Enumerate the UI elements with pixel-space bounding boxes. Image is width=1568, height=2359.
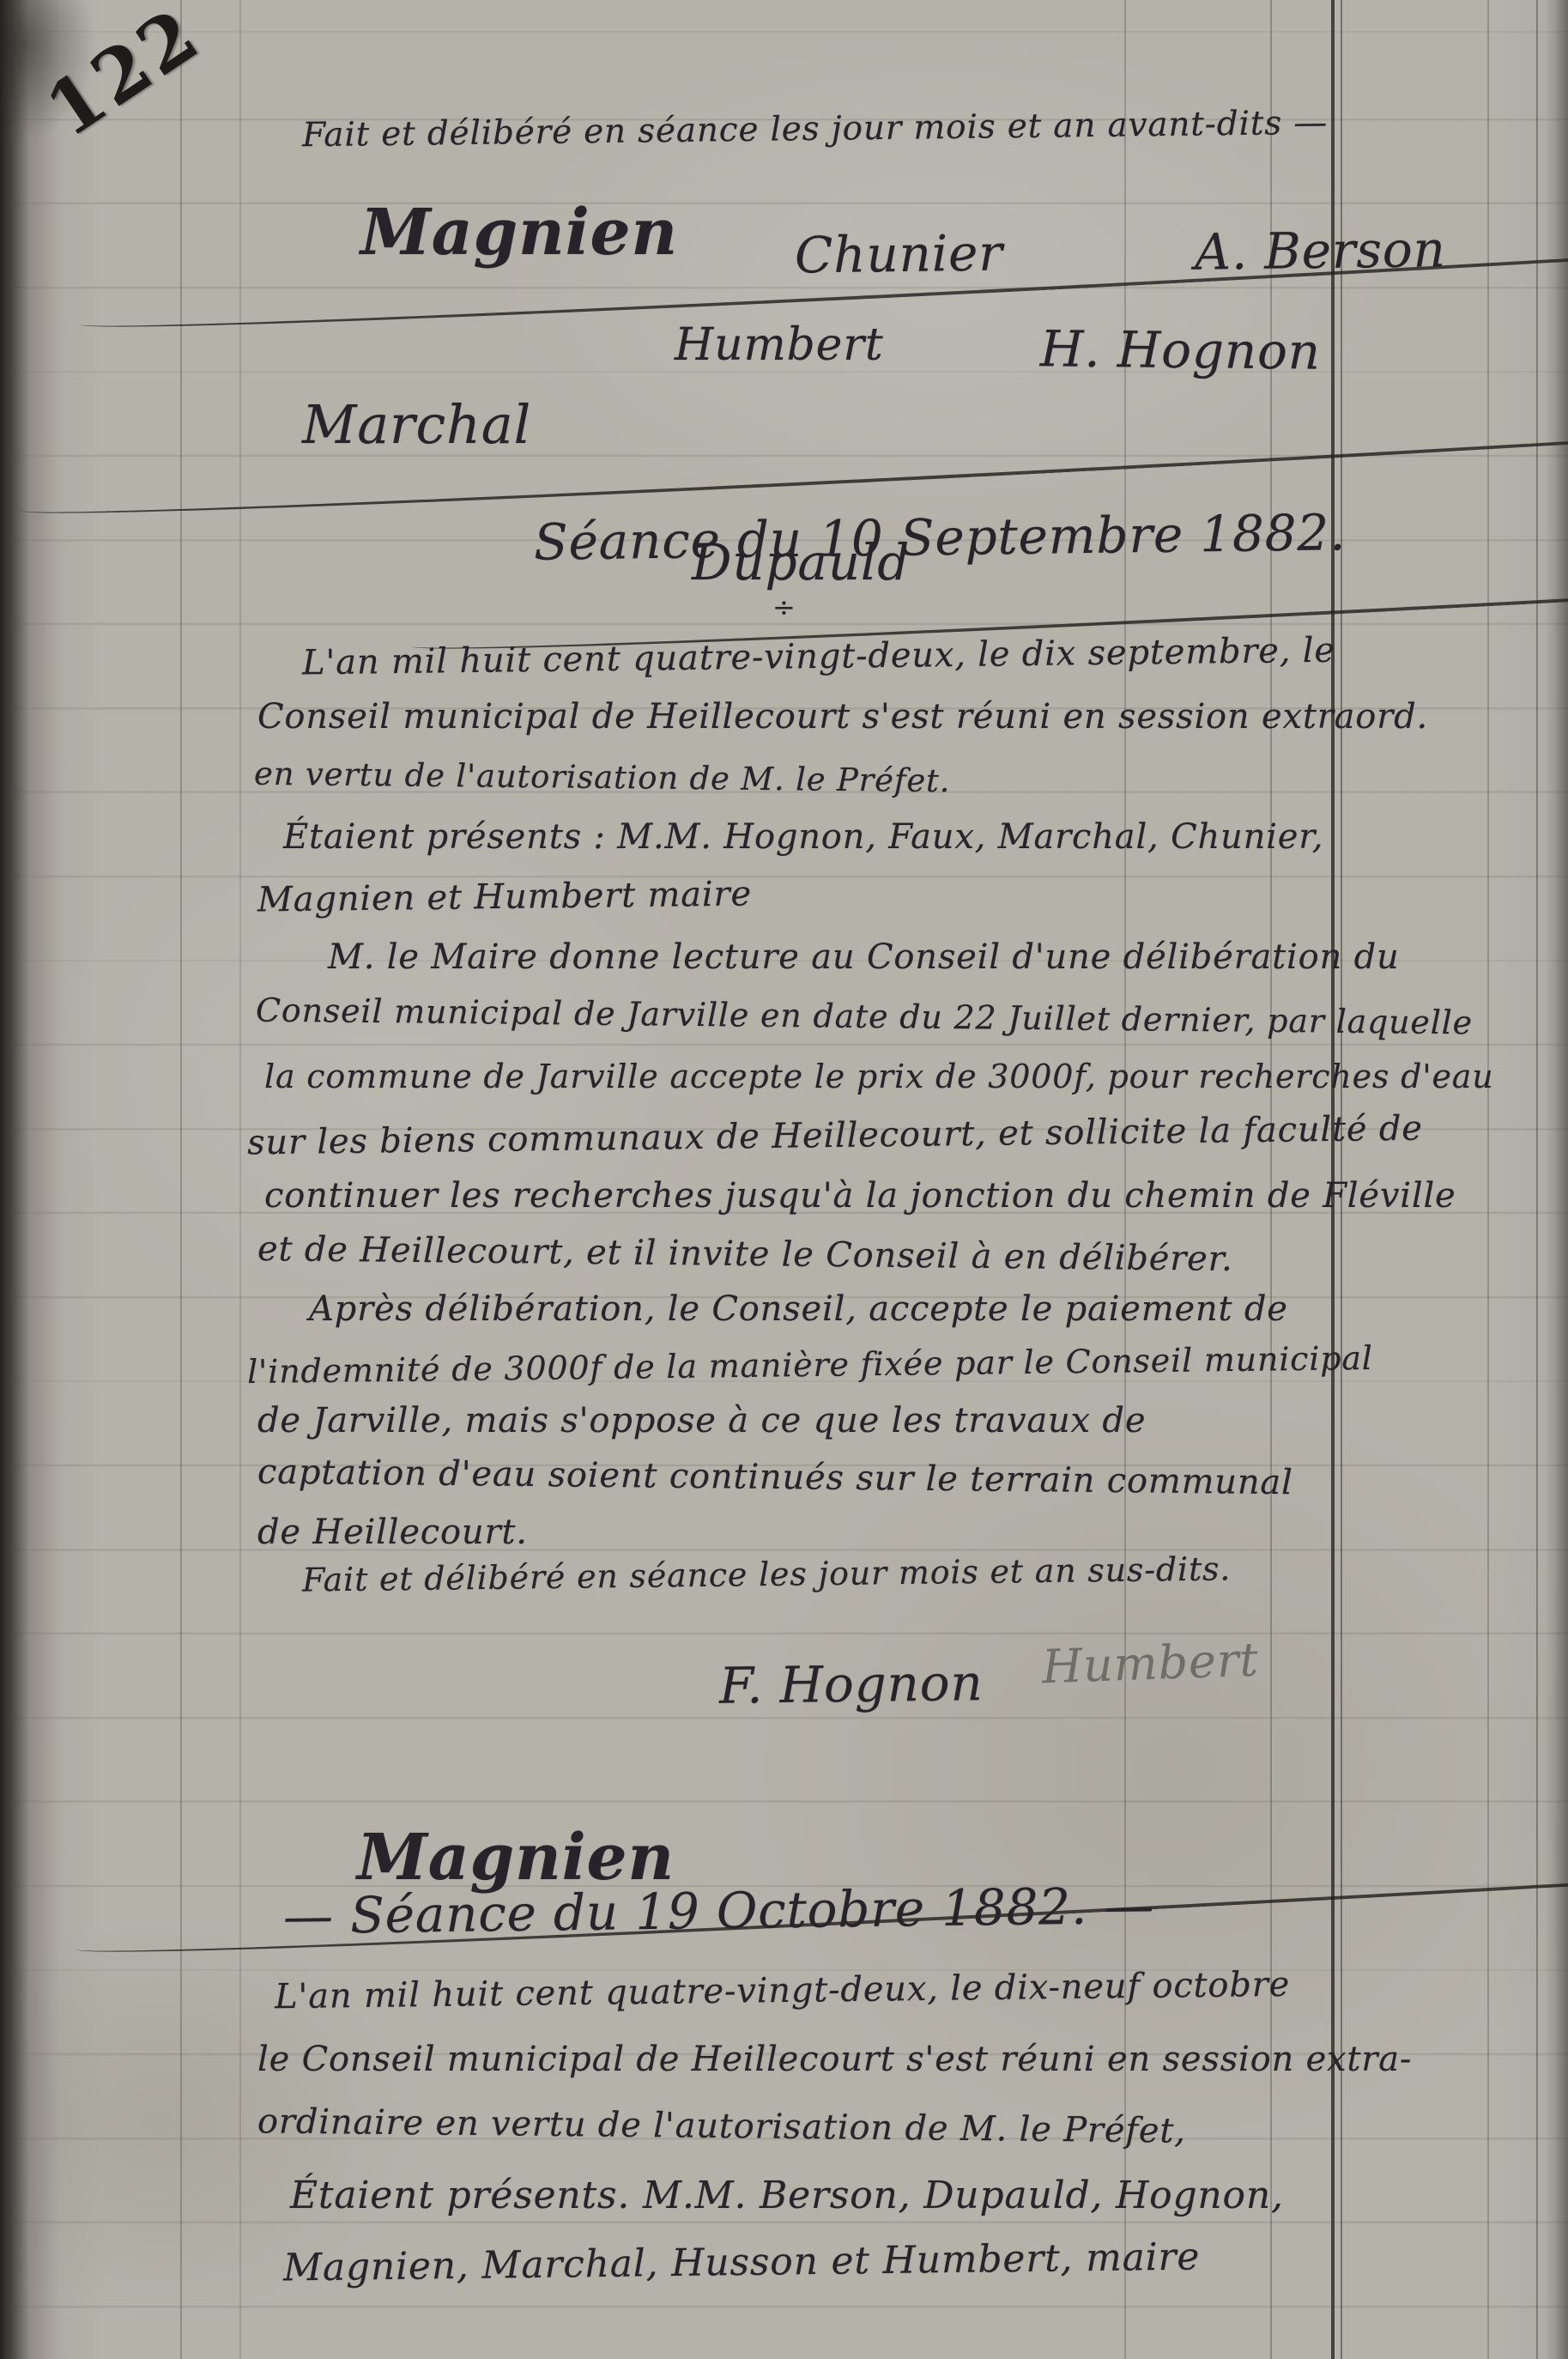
session1-line: Magnien et Humbert maire [257,874,752,919]
book-gutter-shadow [0,0,60,2359]
session2-line: Étaient présents. M.M. Berson, Dupauld, … [290,2174,1284,2217]
session1-line: en vertu de l'autorisation de M. le Préf… [254,755,951,799]
signature-berson: A. Berson [1195,220,1446,282]
session1-line: M. le Maire donne lecture au Conseil d'u… [328,937,1400,977]
right-column-rule-4 [1536,0,1538,2359]
signature-humbert-faint: Humbert [1041,1633,1260,1695]
section-divider-mark: ÷ [772,591,796,623]
session2-heading: — Séance du 19 Octobre 1882. — [283,1877,1155,1945]
session1-line: continuer les recherches jusqu'à la jonc… [264,1176,1456,1216]
session1-line: la commune de Jarville accepte le prix d… [264,1058,1493,1095]
session1-line: Étaient présents : M.M. Hognon, Faux, Ma… [283,817,1323,857]
session1-heading: Séance du 10 Septembre 1882. [534,503,1347,572]
signature-marchal: Marchal [302,393,1568,456]
signature-humbert: Humbert [675,319,884,371]
session1-line: Conseil municipal de Heillecourt s'est r… [257,697,1428,737]
session1-line: de Heillecourt. [257,1513,528,1552]
signature-hognon: F. Hognon [719,1653,984,1715]
session2-line: le Conseil municipal de Heillecourt s'es… [257,2040,1412,2079]
session1-line: de Jarville, mais s'oppose à ce que les … [257,1401,1146,1440]
left-margin-rule [180,0,182,2359]
session1-line: Après délibération, le Conseil, accepte … [309,1289,1288,1329]
register-page-scan: 122 Fait et délibéré en séance les jour … [0,0,1568,2359]
scan-right-edge-shadow [1546,0,1568,2359]
signature-hognon: H. Hognon [1040,319,1322,380]
left-margin-rule-2 [239,0,241,2359]
right-column-rule-3 [1487,0,1489,2359]
signature-chunier: Chunier [795,224,1003,285]
